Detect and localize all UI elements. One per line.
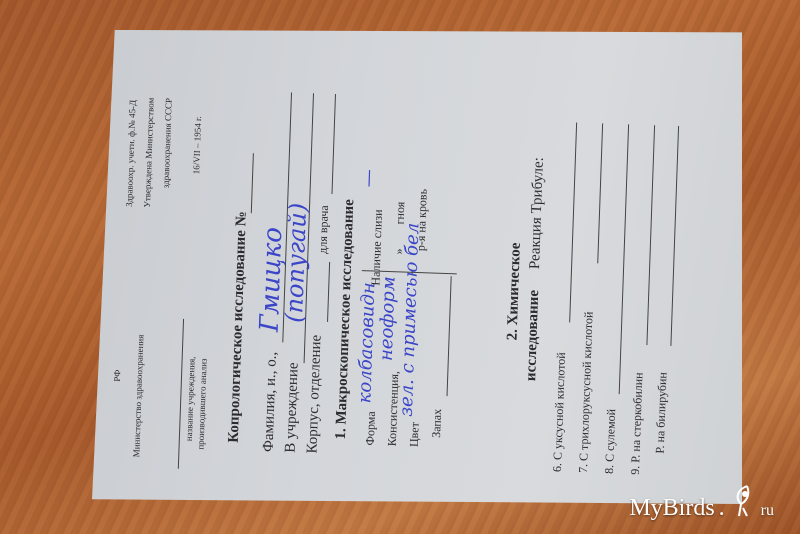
mucus-value: — [358, 169, 380, 188]
test-line-bilirubin [670, 126, 679, 346]
test-item-6: 6. С уксусной кислотой [550, 352, 569, 472]
doctor-line [331, 94, 335, 194]
doctor-label: для врача [315, 205, 332, 254]
number-line [251, 153, 254, 213]
lab-form-paper: РФ Министерство здравоохранения название… [92, 30, 742, 504]
test-line-7 [597, 123, 603, 263]
mucus-label: Наличие слизи [368, 209, 386, 286]
consistency-value: неоформ [376, 276, 400, 361]
form-content: РФ Министерство здравоохранения название… [100, 36, 735, 497]
approval-date: 16/VII – 1954 г. [190, 116, 204, 175]
test-line-9 [646, 125, 655, 345]
color-label: Цвет [407, 422, 423, 447]
department-label: Корпус, отделение [304, 335, 325, 454]
institution-caption-2: производившего анализ [195, 358, 210, 450]
form-title: Копрологическое исследование № [226, 211, 251, 443]
test-item-7: 7. С трихлоруксусной кислотой [576, 311, 597, 473]
approved-line-1: Утверждена Министерством [141, 98, 157, 208]
form-label: Форма [363, 411, 379, 446]
form-code: Здравоохр. учетн. ф.№ 45-Д [123, 100, 139, 208]
watermark-tld: ru [761, 502, 774, 520]
ministry-label: Министерство здравоохранения [130, 334, 146, 457]
section2-title-1: 2. Химическое [505, 242, 525, 340]
name-value-2: (попугай) [280, 202, 312, 323]
bird-logo-icon [729, 482, 757, 522]
country-label: РФ [111, 369, 123, 381]
test-item-bilirubin: Р. на билирубин [653, 372, 671, 454]
institution-label: В учреждение [282, 362, 302, 453]
watermark: MyBirds . ru [629, 482, 774, 522]
smell-label: Запах [429, 409, 445, 438]
institution-line [178, 319, 184, 469]
approved-line-2: здравоохранения СССР [160, 98, 175, 189]
watermark-brand: MyBirds [629, 495, 714, 522]
pus-label: гноя [392, 201, 408, 224]
test-item-8: 8. С сулемой [602, 409, 619, 474]
blood-label: р-я на кровь [414, 189, 431, 252]
section1-title: 1. Макроскопическое исследование [333, 199, 358, 440]
name-label: Фамилия, и., о., [260, 351, 280, 452]
department-line [327, 262, 330, 322]
tribule-label: Реакция Трибуле: [527, 157, 548, 269]
section2-title-2: исследование [523, 290, 543, 382]
test-item-9: 9. Р. на стеркобилин [628, 372, 647, 475]
watermark-dot: . [719, 495, 725, 522]
test-line-8 [619, 124, 629, 394]
test-line-6 [569, 122, 577, 322]
smell-line [447, 276, 452, 396]
